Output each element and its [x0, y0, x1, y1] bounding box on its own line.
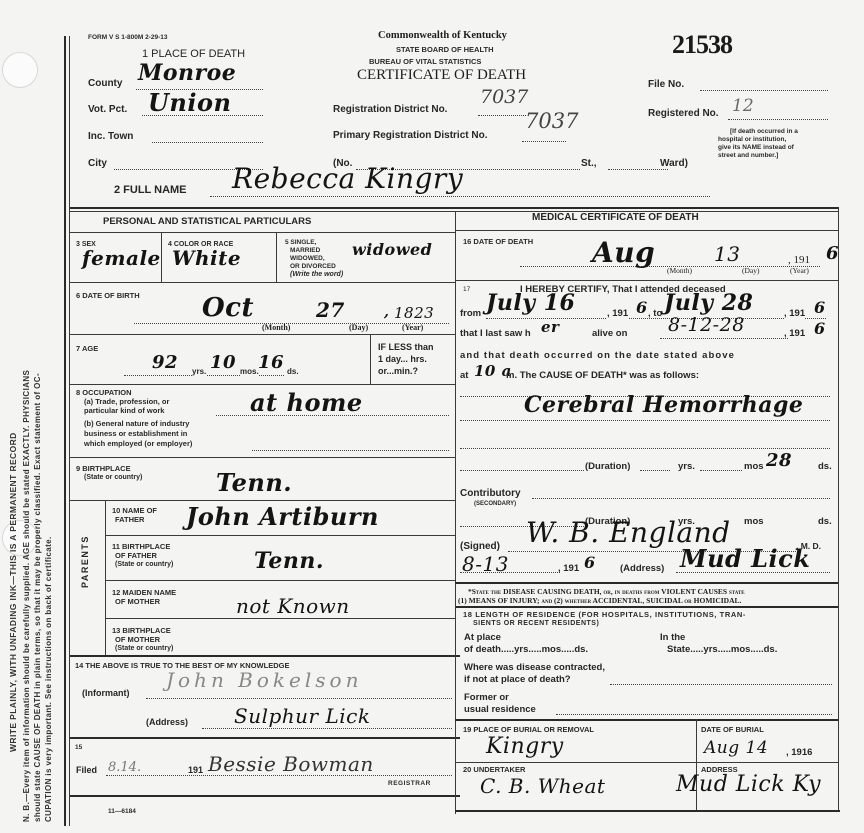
primary-registration-label: Primary Registration District No.: [333, 130, 487, 141]
birthplace-field[interactable]: Tenn.: [216, 468, 292, 497]
dob-month-field[interactable]: Oct: [202, 293, 254, 323]
cause-of-death-field[interactable]: Cerebral Hemorrhage: [524, 392, 803, 418]
registration-district-label: Registration District No.: [333, 104, 447, 115]
contracted-field[interactable]: [610, 684, 832, 685]
margin-instruction-line2: N. B.—Every item of information should b…: [22, 370, 31, 822]
informant-field[interactable]: John Bokelson: [166, 668, 362, 692]
last-saw-label-2: alive on: [592, 328, 627, 339]
marital-label-3: WIDOWED,: [290, 255, 325, 263]
occupation-b-line3: which employed (or employer): [84, 440, 192, 448]
burial-place-label: 19 PLACE OF BURIAL OR REMOVAL: [463, 726, 594, 734]
less-than-label-2: 1 day... hrs.: [378, 354, 427, 364]
signed-year-field[interactable]: 6: [584, 553, 596, 572]
right-border: [838, 207, 839, 812]
dob-label: 6 DATE OF BIRTH: [76, 292, 140, 300]
primary-registration-line: [522, 141, 566, 142]
father-name-label-2: FATHER: [115, 516, 144, 524]
physician-address-label: (Address): [620, 563, 664, 574]
county-label: County: [88, 78, 122, 89]
cause-line-2: [460, 420, 830, 421]
vot-pct-field[interactable]: Union: [148, 88, 231, 117]
medical-rule-1: [455, 280, 838, 281]
dod-label: 16 DATE OF DEATH: [463, 238, 533, 246]
age-days-label: ds.: [287, 368, 299, 376]
registrar-field[interactable]: Bessie Bowman: [208, 752, 374, 776]
last-saw-pronoun-field[interactable]: er: [541, 318, 559, 336]
signed-label: (Signed): [460, 541, 500, 552]
age-years-label: yrs.: [192, 368, 206, 376]
cause-of-death-label: m. The CAUSE OF DEATH* was as follows:: [506, 370, 699, 381]
age-months-field[interactable]: 10: [210, 352, 236, 373]
registered-no-line: [728, 119, 828, 120]
ward-label: Ward): [660, 158, 688, 169]
personal-particulars-heading: PERSONAL AND STATISTICAL PARTICULARS: [103, 216, 311, 227]
dob-year-caption: (Year): [402, 323, 423, 332]
medical-heading-rule: [455, 230, 838, 231]
commonwealth-title: Commonwealth of Kentucky: [378, 30, 507, 41]
occupation-b-line2: business or establishment in: [84, 430, 187, 438]
dod-year-field[interactable]: 6: [826, 243, 839, 264]
mother-maiden-name-field[interactable]: not Known: [236, 594, 350, 618]
dob-day-caption: (Day): [349, 323, 368, 332]
burial-rule: [455, 719, 838, 721]
column-divider: [455, 211, 456, 596]
time-of-death-at-label: at: [460, 370, 468, 381]
dod-month-field[interactable]: Aug: [592, 236, 655, 269]
age-years-field[interactable]: 92: [152, 352, 178, 373]
column-divider-lower: [455, 596, 456, 814]
informant-address-line: [202, 728, 452, 729]
undertaker-rule: [455, 762, 838, 763]
certificate-number: 21538: [672, 30, 732, 60]
personal-heading-rule: [70, 232, 455, 233]
attended-to-year-prefix: , 191: [784, 308, 805, 319]
dob-month-caption: (Month): [262, 323, 290, 332]
at-place-label-1: At place: [464, 632, 501, 643]
undertaker-field[interactable]: C. B. Wheat: [480, 774, 605, 798]
attended-from-year-prefix: , 191: [607, 308, 628, 319]
signed-date-field[interactable]: 8-13: [462, 552, 509, 576]
occupation-b-line1: (b) General nature of industry: [84, 420, 189, 428]
marital-status-field[interactable]: widowed: [352, 240, 432, 259]
residence-heading-1: 18 LENGTH OF RESIDENCE (FOR HOSPITALS, I…: [463, 611, 746, 619]
medical-certificate-heading: MEDICAL CERTIFICATE OF DEATH: [532, 212, 699, 223]
in-state-label-2: State.....yrs.....mos.....ds.: [667, 644, 777, 655]
mother-birthplace-field[interactable]: [200, 630, 440, 648]
undertaker-label: 20 UNDERTAKER: [463, 766, 525, 774]
contributory-ds-label: ds.: [818, 516, 832, 527]
residence-heading-2: SIENTS OR RECENT RESIDENTS): [473, 620, 599, 628]
state-board-heading: STATE BOARD OF HEALTH: [396, 46, 494, 54]
sex-field[interactable]: female: [82, 246, 161, 270]
form-code: FORM V S 1-800M 2-29-13: [88, 34, 167, 42]
sex-divider: [161, 232, 162, 282]
dod-day-field[interactable]: 13: [714, 242, 740, 266]
duration-label: (Duration): [585, 461, 630, 472]
undertaker-address-field[interactable]: Mud Lick Ky: [676, 772, 821, 797]
burial-year-field[interactable]: , 1916: [786, 747, 812, 758]
informant-line: [146, 698, 452, 699]
dob-day-field[interactable]: 27: [316, 298, 345, 322]
dod-day-caption: (Day): [742, 266, 760, 275]
father-birthplace-label-2: OF FATHER: [115, 552, 157, 560]
occupation-a-line1: (a) Trade, profession, or: [84, 398, 169, 406]
margin-instruction-line3: should state CAUSE OF DEATH in plain ter…: [33, 373, 42, 822]
contracted-label-2: if not at place of death?: [464, 674, 571, 685]
dod-month-caption: (Month): [667, 266, 692, 275]
attended-to-label: , to: [648, 308, 662, 319]
attended-to-field[interactable]: July 28: [664, 290, 753, 316]
father-birthplace-label-1: 11 BIRTHPLACE: [112, 543, 170, 551]
signed-year-prefix: , 191: [558, 563, 579, 574]
filed-section-rule: [70, 737, 460, 739]
item-17-number: 17: [463, 286, 470, 294]
footnote-line2: (1) MEANS OF INJURY; and (2) whether ACC…: [458, 596, 741, 605]
parents-label: PARENTS: [80, 535, 90, 588]
duration-mos-label: mos: [744, 461, 764, 472]
footnote-line1: *State the DISEASE CAUSING DEATH, or, in…: [468, 587, 745, 596]
former-residence-label-1: Former or: [464, 692, 509, 703]
row-rule-6: [105, 535, 455, 536]
less-than-label-1: IF LESS than: [378, 342, 434, 352]
binder-hole-top: [2, 52, 38, 88]
age-months-label: mos.: [240, 368, 259, 376]
dod-year-prefix: , 191: [788, 254, 810, 266]
duration-yrs-label: yrs.: [678, 461, 695, 472]
occupation-a-line2: particular kind of work: [84, 407, 164, 415]
dod-year-caption: (Year): [790, 266, 809, 275]
marital-label-4: OR DIVORCED: [290, 263, 336, 271]
former-residence-label-2: usual residence: [464, 704, 536, 715]
physician-address-field[interactable]: Mud Lick: [680, 544, 810, 573]
row-rule-7: [105, 580, 455, 581]
bureau-heading: BUREAU OF VITAL STATISTICS: [369, 58, 481, 66]
margin-instruction-line4: CUPATION is very important. See instruct…: [44, 536, 53, 822]
margin-instruction-line1: WRITE PLAINLY, WITH UNFADING INK—THIS IS…: [8, 432, 18, 752]
hospital-note-line1: [If death occurred in a: [730, 128, 798, 136]
contributory-field[interactable]: [532, 498, 830, 499]
section-divider-top: [70, 207, 838, 209]
filed-date-field[interactable]: 8.14.: [108, 760, 141, 775]
inc-town-field[interactable]: [152, 142, 263, 143]
burial-date-label: DATE OF BURIAL: [701, 726, 764, 734]
burial-date-field[interactable]: Aug 14: [704, 738, 768, 758]
attended-from-field[interactable]: July 16: [486, 290, 575, 316]
last-saw-year-prefix: , 191: [784, 328, 805, 339]
occupation-label: 8 OCCUPATION: [76, 389, 132, 397]
marital-label-2: MARRIED: [290, 247, 320, 255]
dob-year-prefix: ,: [384, 304, 389, 320]
last-saw-date-field[interactable]: 8-12-28: [668, 314, 745, 336]
mother-birthplace-label-1: 13 BIRTHPLACE: [112, 627, 171, 635]
filed-year-prefix: 191: [188, 765, 203, 775]
attended-from-year-field[interactable]: 6: [636, 298, 648, 317]
less-than-label-3: or...min.?: [378, 366, 418, 376]
age-days-field[interactable]: 16: [258, 352, 284, 373]
footer-code: 11—6184: [108, 808, 136, 816]
informant-address-field[interactable]: Sulphur Lick: [234, 704, 370, 728]
last-saw-label-1: that I last saw h: [460, 328, 531, 339]
contracted-label-1: Where was disease contracted,: [464, 662, 605, 673]
cause-line-3: [460, 448, 830, 449]
primary-registration-field[interactable]: 7037: [525, 109, 578, 133]
mother-birthplace-label-2: OF MOTHER: [115, 636, 160, 644]
dob-year-field[interactable]: 1823: [394, 304, 434, 322]
residence-rule: [455, 606, 838, 608]
mother-birthplace-label-3: (State or country): [115, 645, 173, 653]
mother-name-label-1: 12 MAIDEN NAME: [112, 589, 176, 597]
city-label: City: [88, 158, 107, 169]
duration-months-field[interactable]: [700, 470, 742, 471]
birthplace-sublabel: (State or country): [84, 474, 142, 482]
bottom-rule: [70, 795, 460, 797]
attended-to-year-field[interactable]: 6: [814, 298, 826, 317]
row-rule-5: [70, 500, 455, 501]
row-rule-1: [70, 282, 455, 283]
burial-place-field[interactable]: Kingry: [486, 734, 564, 759]
hospital-note-line2: hospital or institution,: [718, 136, 786, 144]
age-label: 7 AGE: [76, 345, 98, 353]
registration-district-field[interactable]: 7037: [480, 86, 528, 108]
vot-pct-label: Vot. Pct.: [88, 104, 127, 115]
at-place-label-2: of death.....yrs.....mos.....ds.: [464, 644, 588, 655]
birthplace-label: 9 BIRTHPLACE: [76, 465, 131, 473]
attended-from-label: from: [460, 308, 481, 319]
parents-divider: [105, 500, 106, 655]
registrar-label: REGISTRAR: [388, 780, 431, 788]
hospital-note-line4: street and number.]: [718, 152, 778, 160]
burial-divider: [696, 719, 697, 811]
form-left-border: [64, 36, 66, 826]
ward-field[interactable]: [608, 169, 668, 170]
employer-field[interactable]: [252, 450, 449, 451]
secondary-label: (SECONDARY): [474, 500, 516, 508]
last-saw-year-field[interactable]: 6: [814, 319, 826, 338]
file-no-label: File No.: [648, 79, 684, 90]
mother-name-label-2: OF MOTHER: [115, 598, 160, 606]
section-divider-top-2: [70, 211, 838, 212]
father-name-field[interactable]: John Artiburn: [186, 502, 379, 531]
filed-label: Filed: [76, 765, 97, 775]
row-rule-4: [70, 457, 455, 458]
last-saw-line: [660, 338, 788, 339]
full-name-field[interactable]: Rebecca Kingry: [232, 162, 463, 195]
full-name-line: [210, 196, 710, 197]
marital-label-5: (Write the word): [290, 271, 343, 279]
informant-section-rule: [70, 655, 460, 657]
informant-label: (Informant): [82, 688, 130, 698]
registered-no-label: Registered No.: [648, 108, 719, 119]
inc-town-label: Inc. Town: [88, 131, 133, 142]
color-divider: [276, 232, 277, 282]
former-residence-field[interactable]: [556, 714, 832, 715]
age-divider: [370, 334, 371, 384]
duration-days-field[interactable]: 28: [766, 450, 792, 471]
row-rule-3: [70, 384, 455, 385]
county-field[interactable]: Monroe: [138, 60, 236, 86]
father-birthplace-field[interactable]: Tenn.: [254, 548, 324, 574]
bottom-rule-right: [455, 810, 840, 812]
occupation-field[interactable]: at home: [250, 388, 363, 417]
section-15-number: 15: [75, 744, 82, 752]
death-occurred-text: and that death occurred on the date stat…: [460, 350, 735, 361]
row-rule-8: [105, 618, 455, 619]
contributory-label: Contributory: [460, 488, 521, 499]
color-race-field[interactable]: White: [172, 246, 241, 270]
place-of-death-heading: 1 PLACE OF DEATH: [142, 48, 245, 60]
registered-no-field[interactable]: 12: [732, 96, 754, 116]
marital-label-1: 5 SINGLE,: [285, 239, 316, 247]
form-left-border-inner: [69, 36, 70, 826]
certificate-title: CERTIFICATE OF DEATH: [357, 67, 526, 84]
registration-district-line: [478, 115, 526, 116]
in-state-label-1: In the: [660, 632, 685, 643]
contributory-mos-label: mos: [744, 516, 764, 527]
row-rule-2: [70, 334, 455, 335]
file-no-field[interactable]: [700, 90, 828, 91]
duration-ds-label: ds.: [818, 461, 832, 472]
father-name-label-1: 10 NAME OF: [112, 507, 157, 515]
footnote-rule: [455, 582, 838, 584]
hospital-note-line3: give its NAME instead of: [718, 144, 794, 152]
duration-years-field[interactable]: [640, 470, 670, 471]
street-label: St.,: [581, 158, 597, 169]
full-name-label: 2 FULL NAME: [114, 184, 187, 196]
father-birthplace-label-3: (State or country): [115, 561, 173, 569]
informant-address-label: (Address): [146, 717, 188, 727]
